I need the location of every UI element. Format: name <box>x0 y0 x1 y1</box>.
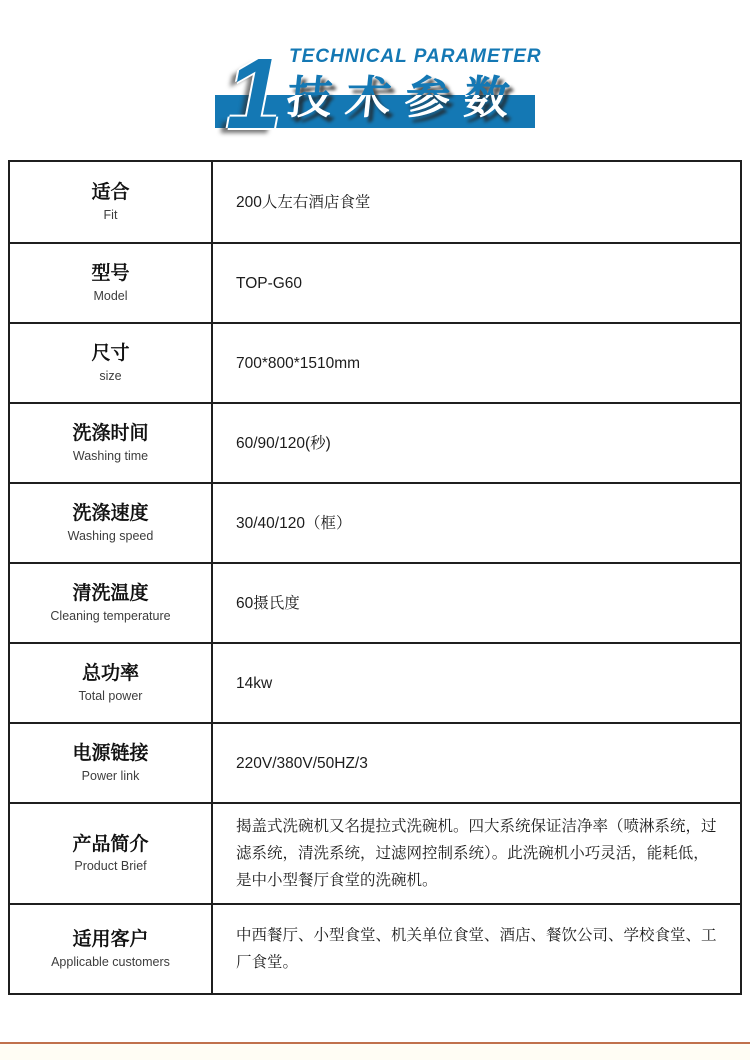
row-value-cell: 揭盖式洗碗机又名提拉式洗碗机。四大系统保证洁净率（喷淋系统，过滤系统，清洗系统，… <box>213 804 740 903</box>
label-english: Washing time <box>73 449 148 464</box>
table-row-total-power: 总功率 Total power 14kw <box>10 642 740 722</box>
table-row-size: 尺寸 size 700*800*1510mm <box>10 322 740 402</box>
row-value: 60/90/120(秒) <box>236 430 331 457</box>
label-chinese: 产品简介 <box>72 833 148 857</box>
label-english: Applicable customers <box>51 955 170 970</box>
row-label-cell: 洗涤时间 Washing time <box>10 404 213 482</box>
row-value-cell: 14kw <box>213 644 740 722</box>
row-value-cell: 30/40/120（框） <box>213 484 740 562</box>
row-value: 200人左右酒店食堂 <box>236 189 370 216</box>
row-value: 中西餐厅、小型食堂、机关单位食堂、酒店、餐饮公司、学校食堂、工厂食堂。 <box>236 922 718 976</box>
row-value: 220V/380V/50HZ/3 <box>236 750 368 777</box>
label-english: Fit <box>104 208 118 223</box>
table-row-cleaning-temperature: 清洗温度 Cleaning temperature 60摄氏度 <box>10 562 740 642</box>
label-english: Model <box>93 289 127 304</box>
row-value: 30/40/120（框） <box>236 510 351 537</box>
label-english: Product Brief <box>74 859 146 874</box>
label-english: Washing speed <box>68 529 154 544</box>
label-chinese: 清洗温度 <box>72 582 148 606</box>
section-number: 1 <box>226 44 282 144</box>
table-row-power-link: 电源链接 Power link 220V/380V/50HZ/3 <box>10 722 740 802</box>
label-english: Total power <box>79 689 143 704</box>
row-label-cell: 尺寸 size <box>10 324 213 402</box>
section-header: 1 TECHNICAL PARAMETER 技术参数 技术参数 技术参数 <box>0 0 750 150</box>
row-label-cell: 适合 Fit <box>10 162 213 242</box>
spec-table: 适合 Fit 200人左右酒店食堂 型号 Model TOP-G60 尺寸 si… <box>8 160 742 995</box>
row-value-cell: 220V/380V/50HZ/3 <box>213 724 740 802</box>
row-value-cell: 60/90/120(秒) <box>213 404 740 482</box>
table-row-washing-time: 洗涤时间 Washing time 60/90/120(秒) <box>10 402 740 482</box>
table-row-applicable-customers: 适用客户 Applicable customers 中西餐厅、小型食堂、机关单位… <box>10 903 740 993</box>
table-row-fit: 适合 Fit 200人左右酒店食堂 <box>10 162 740 242</box>
label-chinese: 洗涤时间 <box>72 422 148 446</box>
table-row-model: 型号 Model TOP-G60 <box>10 242 740 322</box>
row-value-cell: 700*800*1510mm <box>213 324 740 402</box>
row-value: 700*800*1510mm <box>236 350 360 377</box>
spec-sheet-page: 1 TECHNICAL PARAMETER 技术参数 技术参数 技术参数 适合 … <box>0 0 750 1060</box>
row-value: 60摄氏度 <box>236 590 300 617</box>
row-value-cell: 60摄氏度 <box>213 564 740 642</box>
row-label-cell: 总功率 Total power <box>10 644 213 722</box>
row-value: TOP-G60 <box>236 270 302 297</box>
row-label-cell: 型号 Model <box>10 244 213 322</box>
label-english: Power link <box>82 769 140 784</box>
label-english: Cleaning temperature <box>50 609 170 624</box>
section-title-english: TECHNICAL PARAMETER <box>289 46 542 68</box>
row-value: 揭盖式洗碗机又名提拉式洗碗机。四大系统保证洁净率（喷淋系统，过滤系统，清洗系统，… <box>236 813 718 894</box>
row-label-cell: 洗涤速度 Washing speed <box>10 484 213 562</box>
row-value: 14kw <box>236 670 272 697</box>
label-chinese: 尺寸 <box>91 342 129 366</box>
footer-cream-strip <box>0 1044 750 1060</box>
table-row-washing-speed: 洗涤速度 Washing speed 30/40/120（框） <box>10 482 740 562</box>
row-label-cell: 适用客户 Applicable customers <box>10 905 213 993</box>
label-chinese: 型号 <box>91 262 129 286</box>
row-value-cell: 中西餐厅、小型食堂、机关单位食堂、酒店、餐饮公司、学校食堂、工厂食堂。 <box>213 905 740 993</box>
label-chinese: 电源链接 <box>72 742 148 766</box>
row-value-cell: TOP-G60 <box>213 244 740 322</box>
label-chinese: 洗涤速度 <box>72 502 148 526</box>
label-chinese: 适用客户 <box>72 928 148 952</box>
row-value-cell: 200人左右酒店食堂 <box>213 162 740 242</box>
label-english: size <box>99 369 121 384</box>
table-row-product-brief: 产品简介 Product Brief 揭盖式洗碗机又名提拉式洗碗机。四大系统保证… <box>10 802 740 903</box>
row-label-cell: 电源链接 Power link <box>10 724 213 802</box>
label-chinese: 总功率 <box>82 662 139 686</box>
row-label-cell: 清洗温度 Cleaning temperature <box>10 564 213 642</box>
label-chinese: 适合 <box>91 181 129 205</box>
section-title-chinese: 技术参数 技术参数 技术参数 <box>287 72 547 132</box>
row-label-cell: 产品简介 Product Brief <box>10 804 213 903</box>
